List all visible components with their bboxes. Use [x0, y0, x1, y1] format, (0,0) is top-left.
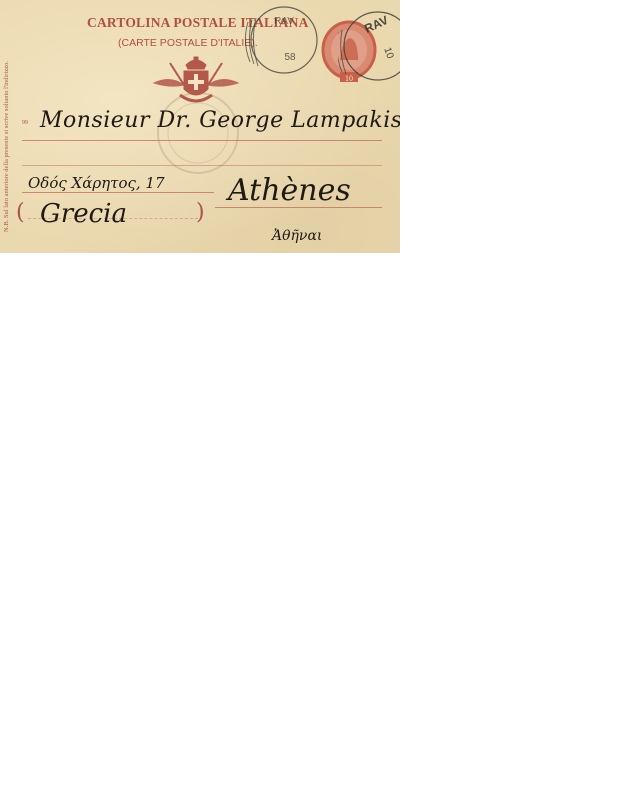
postmark-icon: RAV 58 [242, 2, 322, 82]
close-paren: ) [196, 200, 205, 225]
small-mark: 99 [22, 120, 28, 126]
postmark-icon: RAV 10 [338, 2, 400, 102]
side-note: N.B. Sul lato anteriore della presente s… [3, 12, 10, 232]
street-address: Οδός Χάρητος, 17 [28, 174, 165, 192]
address-line [22, 140, 382, 141]
postcard-subtitle: (CARTE POSTALE D'ITALIE). [118, 37, 258, 49]
open-paren: ( [16, 200, 25, 225]
address-line [22, 192, 214, 193]
svg-text:10: 10 [381, 46, 395, 61]
postcard: N.B. Sul lato anteriore della presente s… [0, 0, 400, 253]
country: Grecia [40, 199, 127, 229]
city: Athènes [228, 173, 351, 208]
svg-text:RAV: RAV [362, 13, 390, 36]
address-line [22, 165, 382, 166]
savoy-crest-icon [150, 55, 242, 110]
addressee-name: Monsieur Dr. George Lampakis [40, 108, 400, 133]
city-greek: Ἀθῆναι [272, 228, 322, 244]
svg-text:58: 58 [284, 52, 296, 63]
svg-text:RAV: RAV [274, 16, 294, 27]
